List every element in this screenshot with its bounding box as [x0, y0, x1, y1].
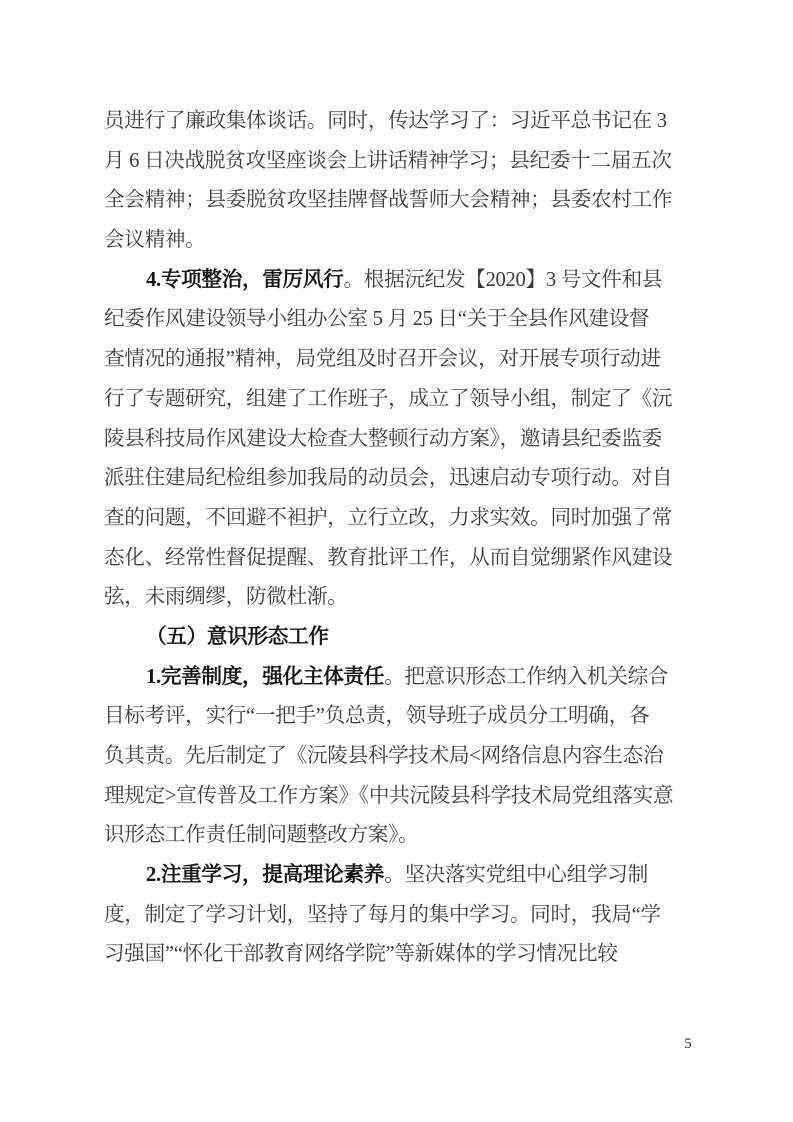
text-line: 员进行了廉政集体谈话。同时，传达学习了：习近平总书记在 3 [104, 102, 704, 142]
text-segment: 纪委作风建设领导小组办公室 5 月 25 日“关于全县作风建设督 [104, 308, 649, 330]
text-segment: 会议精神。 [104, 229, 205, 251]
bold-text-segment: 1.完善制度，强化主体责任 [146, 666, 384, 688]
text-line: 派驻住建局纪检组参加我局的动员会，迅速启动专项行动。对自 [104, 459, 704, 499]
text-segment: 目标考评，实行“一把手”负总责，领导班子成员分工明确，各 [104, 705, 649, 727]
bold-text-segment: （五）意识形态工作 [146, 626, 329, 648]
text-line: 全会精神；县委脱贫攻坚挂牌督战誓师大会精神；县委农村工作 [104, 181, 704, 221]
text-line: 月 6 日决战脱贫攻坚座谈会上讲话精神学习；县纪委十二届五次 [104, 142, 704, 182]
text-line: 态化、经常性督促提醒、教育批评工作，从而自觉绷紧作风建设 [104, 539, 704, 579]
text-line: 弦，未雨绸缪，防微杜渐。 [104, 578, 704, 618]
text-line: 纪委作风建设领导小组办公室 5 月 25 日“关于全县作风建设督 [104, 300, 704, 340]
text-line: 查的问题，不回避不袒护，立行立改，力求实效。同时加强了常 [104, 499, 704, 539]
text-segment: 弦，未雨绸缪，防微杜渐。 [104, 586, 348, 608]
text-segment: 员进行了廉政集体谈话。同时，传达学习了：习近平总书记在 3 [104, 110, 667, 132]
text-segment: 识形态工作责任制问题整改方案》。 [104, 824, 418, 846]
page-number: 5 [676, 1034, 700, 1054]
text-segment: 。坚决落实党组中心组学习制 [384, 864, 648, 886]
text-line: 负其责。先后制定了《沅陵县科学技术局<网络信息内容生态治 [104, 737, 704, 777]
text-line: 习强国”“怀化干部教育网络学院”等新媒体的学习情况比较 [104, 935, 704, 975]
bold-text-segment: 4.专项整治，雷厉风行 [146, 269, 344, 291]
text-segment: 派驻住建局纪检组参加我局的动员会，迅速启动专项行动。对自 [104, 467, 672, 489]
text-line: （五）意识形态工作 [104, 618, 704, 658]
text-line: 度，制定了学习计划，坚持了每月的集中学习。同时，我局“学 [104, 896, 704, 936]
text-segment: 度，制定了学习计划，坚持了每月的集中学习。同时，我局“学 [104, 904, 661, 926]
text-line: 行了专题研究，组建了工作班子，成立了领导小组，制定了《沅 [104, 380, 704, 420]
text-segment: 全会精神；县委脱贫攻坚挂牌督战誓师大会精神；县委农村工作 [104, 189, 672, 211]
text-segment: 月 6 日决战脱贫攻坚座谈会上讲话精神学习；县纪委十二届五次 [104, 150, 672, 172]
text-segment: 陵县科技局作风建设大检查大整顿行动方案》，邀请县纪委监委 [104, 428, 662, 450]
text-line: 查情况的通报”精神，局党组及时召开会议，对开展专项行动进 [104, 340, 704, 380]
text-segment: 理规定>宣传普及工作方案》《中共沅陵县科学技术局党组落实意 [104, 785, 673, 807]
text-line: 目标考评，实行“一把手”负总责，领导班子成员分工明确，各 [104, 697, 704, 737]
text-segment: 查的问题，不回避不袒护，立行立改，力求实效。同时加强了常 [104, 507, 672, 529]
text-line: 会议精神。 [104, 221, 704, 261]
text-line: 理规定>宣传普及工作方案》《中共沅陵县科学技术局党组落实意 [104, 777, 704, 817]
text-segment: 态化、经常性督促提醒、教育批评工作，从而自觉绷紧作风建设 [104, 547, 672, 569]
text-line: 陵县科技局作风建设大检查大整顿行动方案》，邀请县纪委监委 [104, 420, 704, 460]
text-segment: 负其责。先后制定了《沅陵县科学技术局<网络信息内容生态治 [104, 745, 663, 767]
text-segment: 行了专题研究，组建了工作班子，成立了领导小组，制定了《沅 [104, 388, 672, 410]
text-line: 识形态工作责任制问题整改方案》。 [104, 816, 704, 856]
text-segment: 。把意识形态工作纳入机关综合 [384, 666, 668, 688]
document-page: 员进行了廉政集体谈话。同时，传达学习了：习近平总书记在 3月 6 日决战脱贫攻坚… [0, 0, 793, 1122]
text-segment: 习强国”“怀化干部教育网络学院”等新媒体的学习情况比较 [104, 943, 618, 965]
text-segment: 查情况的通报”精神，局党组及时召开会议，对开展专项行动进 [104, 348, 661, 370]
text-line: 4.专项整治，雷厉风行。根据沅纪发【2020】3 号文件和县 [104, 261, 704, 301]
document-text-block: 员进行了廉政集体谈话。同时，传达学习了：习近平总书记在 3月 6 日决战脱贫攻坚… [104, 102, 704, 975]
text-segment: 。根据沅纪发【2020】3 号文件和县 [344, 269, 663, 291]
text-line: 1.完善制度，强化主体责任。把意识形态工作纳入机关综合 [104, 658, 704, 698]
bold-text-segment: 2.注重学习，提高理论素养 [146, 864, 384, 886]
text-line: 2.注重学习，提高理论素养。坚决落实党组中心组学习制 [104, 856, 704, 896]
